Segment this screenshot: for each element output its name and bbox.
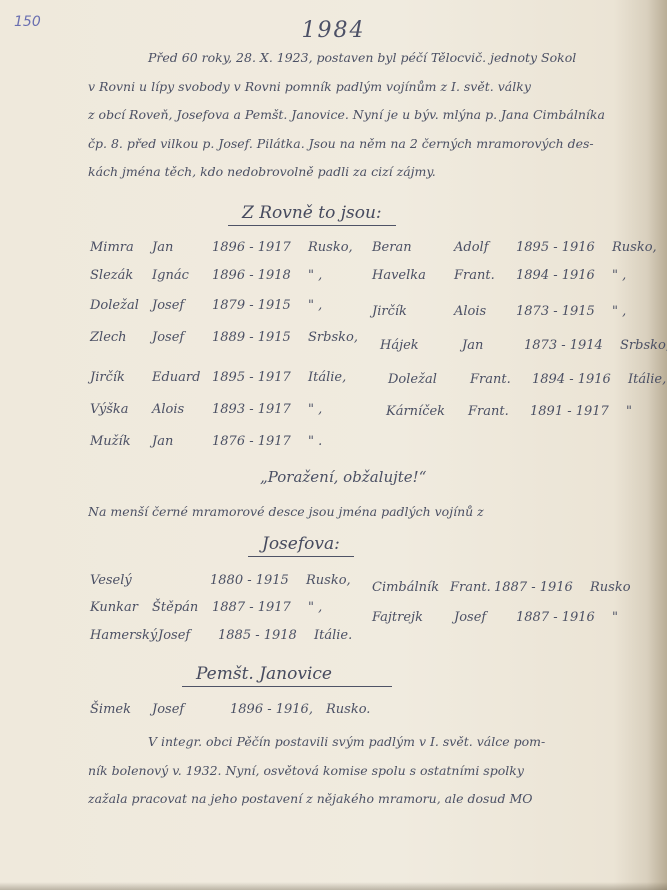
roll-entry: JirčíkEduard1895 - 1917Itálie, <box>90 370 346 385</box>
roll-entry: HamerskýJosef1885 - 1918Itálie. <box>90 628 352 643</box>
section-heading-josefov: Josefova: <box>248 534 354 557</box>
roll-entry: DoležalJosef1879 - 1915" , <box>90 298 322 313</box>
intro-paragraph: Před 60 roky, 28. X. 1923, postaven byl … <box>88 44 636 187</box>
closing-line: zažala pracovat na jeho postavení z něja… <box>88 785 636 814</box>
roll-entry: CimbálníkFrant.1887 - 1916Rusko <box>372 580 631 595</box>
roll-entry: JirčíkAlois1873 - 1915" , <box>372 304 626 319</box>
intro-line: z obcí Roveň, Josefova a Pemšt. Janovice… <box>88 101 636 130</box>
section-heading-pemstejn: Pemšt. Janovice <box>182 664 392 687</box>
roll-entry: ZlechJosef1889 - 1915Srbsko, <box>90 330 358 345</box>
josefov-intro: Na menší černé mramorové desce jsou jmén… <box>88 498 608 527</box>
intro-line: kách jména těch, kdo nedobrovolně padli … <box>88 158 636 187</box>
roll-entry: HájekJan1873 - 1914Srbsko, <box>380 338 667 353</box>
intro-line: Před 60 roky, 28. X. 1923, postaven byl … <box>88 44 636 73</box>
intro-line: čp. 8. před vilkou p. Josef. Pilátka. Js… <box>88 130 636 159</box>
roll-entry: MužíkJan1876 - 1917" . <box>90 434 322 449</box>
year-heading: 1984 <box>0 18 667 43</box>
roll-entry: DoležalFrant.1894 - 1916Itálie, <box>388 372 666 387</box>
intro-line: v Rovni u lípy svobody v Rovni pomník pa… <box>88 73 636 102</box>
motto: „Poražení, obžalujte!“ <box>260 468 426 486</box>
roll-entry: BeranAdolf1895 - 1916Rusko, <box>372 240 657 255</box>
roll-entry: HavelkaFrant.1894 - 1916" , <box>372 268 626 283</box>
chronicle-page: 150 1984 Před 60 roky, 28. X. 1923, post… <box>0 0 667 890</box>
closing-line: ník bolenový v. 1932. Nyní, osvětová kom… <box>88 757 636 786</box>
closing-paragraph: V integr. obci Pěčín postavili svým padl… <box>88 728 636 814</box>
roll-entry: ŠimekJosef1896 - 1916,Rusko. <box>90 702 370 717</box>
section-heading-roven: Z Rovně to jsou: <box>228 203 396 226</box>
closing-line: V integr. obci Pěčín postavili svým padl… <box>88 728 636 757</box>
roll-entry: VýškaAlois1893 - 1917" , <box>90 402 322 417</box>
roll-entry: KárníčekFrant.1891 - 1917" <box>386 404 632 419</box>
roll-entry: VeselýAdolf1880 - 1915Rusko, <box>90 573 351 588</box>
roll-entry: MimraJan1896 - 1917Rusko, <box>90 240 353 255</box>
roll-entry: KunkarŠtěpán1887 - 1917" , <box>90 600 322 615</box>
roll-entry: SlezákIgnác1896 - 1918" , <box>90 268 322 283</box>
roll-entry: FajtrejkJosef1887 - 1916" <box>372 610 618 625</box>
